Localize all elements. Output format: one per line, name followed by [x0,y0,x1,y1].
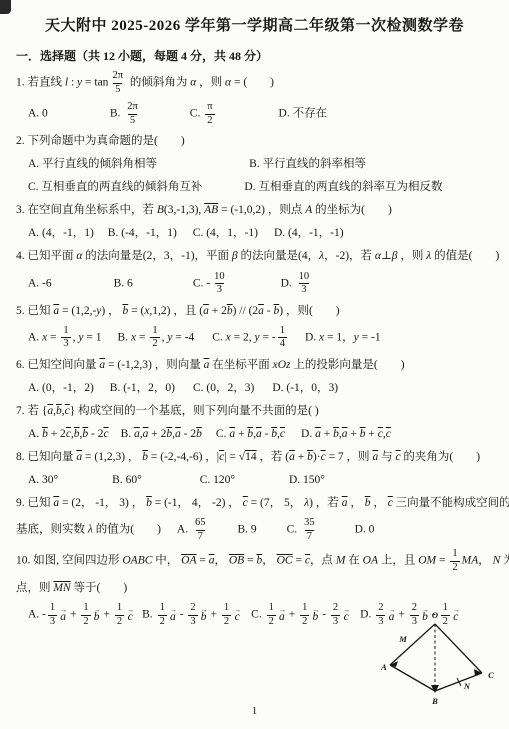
figure-oabc-svg: O M A B C N [381,609,503,709]
exam-page: 天大附中 2025-2026 学年第一学期高二年级第一次检测数学卷 一．选择题（… [0,0,509,729]
question-10-stem-continued: 点，则 MN 等于( ) [16,580,493,596]
question-9-stem-continued: 基底，则实数 λ 的值为( )A. 657B. 9C. 357D. 0 [16,518,493,542]
question-2-stem: 2. 下列命题中为真命题的是( ) [16,133,493,149]
question-4: 4. 已知平面 α 的法向量是(2，3，-1)，平面 β 的法向量是(4，λ，-… [16,248,493,295]
page-number: 1 [0,705,509,717]
question-5-stem: 5. 已知 a = (1,2,-y) ， b = (x,1,2) ，且 (a +… [16,303,493,319]
questions: 1. 若直线 l : y = tan2π5 的倾斜角为 α ，则 α = ( )… [16,71,493,627]
question-2-options-ab: A. 平行直线的倾斜角相等B. 平行直线的斜率相等 [28,156,493,172]
question-9-stem: 9. 已知 a = (2， -1， 3) ， b = (-1， 4， -2) ，… [16,495,493,511]
question-6-options: A. (0，-1，2)B. (-1，2，0)C. (0，2，3)D. (-1，0… [28,380,493,396]
figure-label-a: A [381,662,387,672]
figure-spatial-quadrilateral: O M A B C N [381,609,503,712]
question-3-stem: 3. 在空间直角坐标系中，若 B(3,-1,3), AB = (-1,0,2) … [16,202,493,218]
figure-label-m: M [398,634,407,644]
question-7: 7. 若 {a,b,c} 构成空间的一个基底，则下列向量不共面的是( )A. b… [16,403,493,442]
question-6-stem: 6. 已知空间向量 a = (-1,2,3) ，则向量 a 在坐标平面 xOz … [16,357,493,373]
question-6: 6. 已知空间向量 a = (-1,2,3) ，则向量 a 在坐标平面 xOz … [16,357,493,396]
question-7-stem: 7. 若 {a,b,c} 构成空间的一个基底，则下列向量不共面的是( ) [16,403,493,419]
question-1-stem: 1. 若直线 l : y = tan2π5 的倾斜角为 α ，则 α = ( ) [16,71,493,95]
question-1-options: A. 0B. 2π5C. π2D. 不存在 [28,102,493,126]
question-9: 9. 已知 a = (2， -1， 3) ， b = (-1， 4， -2) ，… [16,495,493,542]
section-heading: 一．选择题（共 12 小题，每题 4 分，共 48 分） [16,47,493,64]
question-10-stem: 10. 如图, 空间四边形 OABC 中， OA = a， OB = b， OC… [16,549,493,573]
question-2-options-cd: C. 互相垂直的两直线的倾斜角互补D. 互相垂直的两直线的斜率互为相反数 [28,179,493,195]
figure-label-n: N [463,681,471,691]
question-1: 1. 若直线 l : y = tan2π5 的倾斜角为 α ，则 α = ( )… [16,71,493,126]
question-3-options: A. (4，-1，1)B. (-4，-1，1)C. (4，1，-1)D. (4，… [28,225,493,241]
question-8-stem: 8. 已知向量 a = (1,2,3) ， b = (-2,-4,-6) ，|c… [16,449,493,465]
question-8-options: A. 30°B. 60°C. 120°D. 150° [28,472,493,488]
question-5-options: A. x = 13, y = 1B. x = 12, y = -4C. x = … [28,326,493,350]
question-8: 8. 已知向量 a = (1,2,3) ， b = (-2,-4,-6) ，|c… [16,449,493,488]
question-3: 3. 在空间直角坐标系中，若 B(3,-1,3), AB = (-1,0,2) … [16,202,493,241]
figure-label-c: C [488,670,494,680]
scan-artifact [0,0,11,14]
question-5: 5. 已知 a = (1,2,-y) ， b = (x,1,2) ，且 (a +… [16,303,493,350]
question-7-options: A. b + 2c,b,b - 2cB. a,a + 2b,a - 2bC. a… [28,426,493,442]
figure-label-o: O [432,610,438,620]
question-4-stem: 4. 已知平面 α 的法向量是(2，3，-1)，平面 β 的法向量是(4，λ，-… [16,248,493,264]
question-2: 2. 下列命题中为真命题的是( )A. 平行直线的倾斜角相等B. 平行直线的斜率… [16,133,493,195]
question-4-options: A. -6B. 6C. -103D. 103 [28,272,493,296]
page-title: 天大附中 2025-2026 学年第一学期高二年级第一次检测数学卷 [16,14,493,35]
